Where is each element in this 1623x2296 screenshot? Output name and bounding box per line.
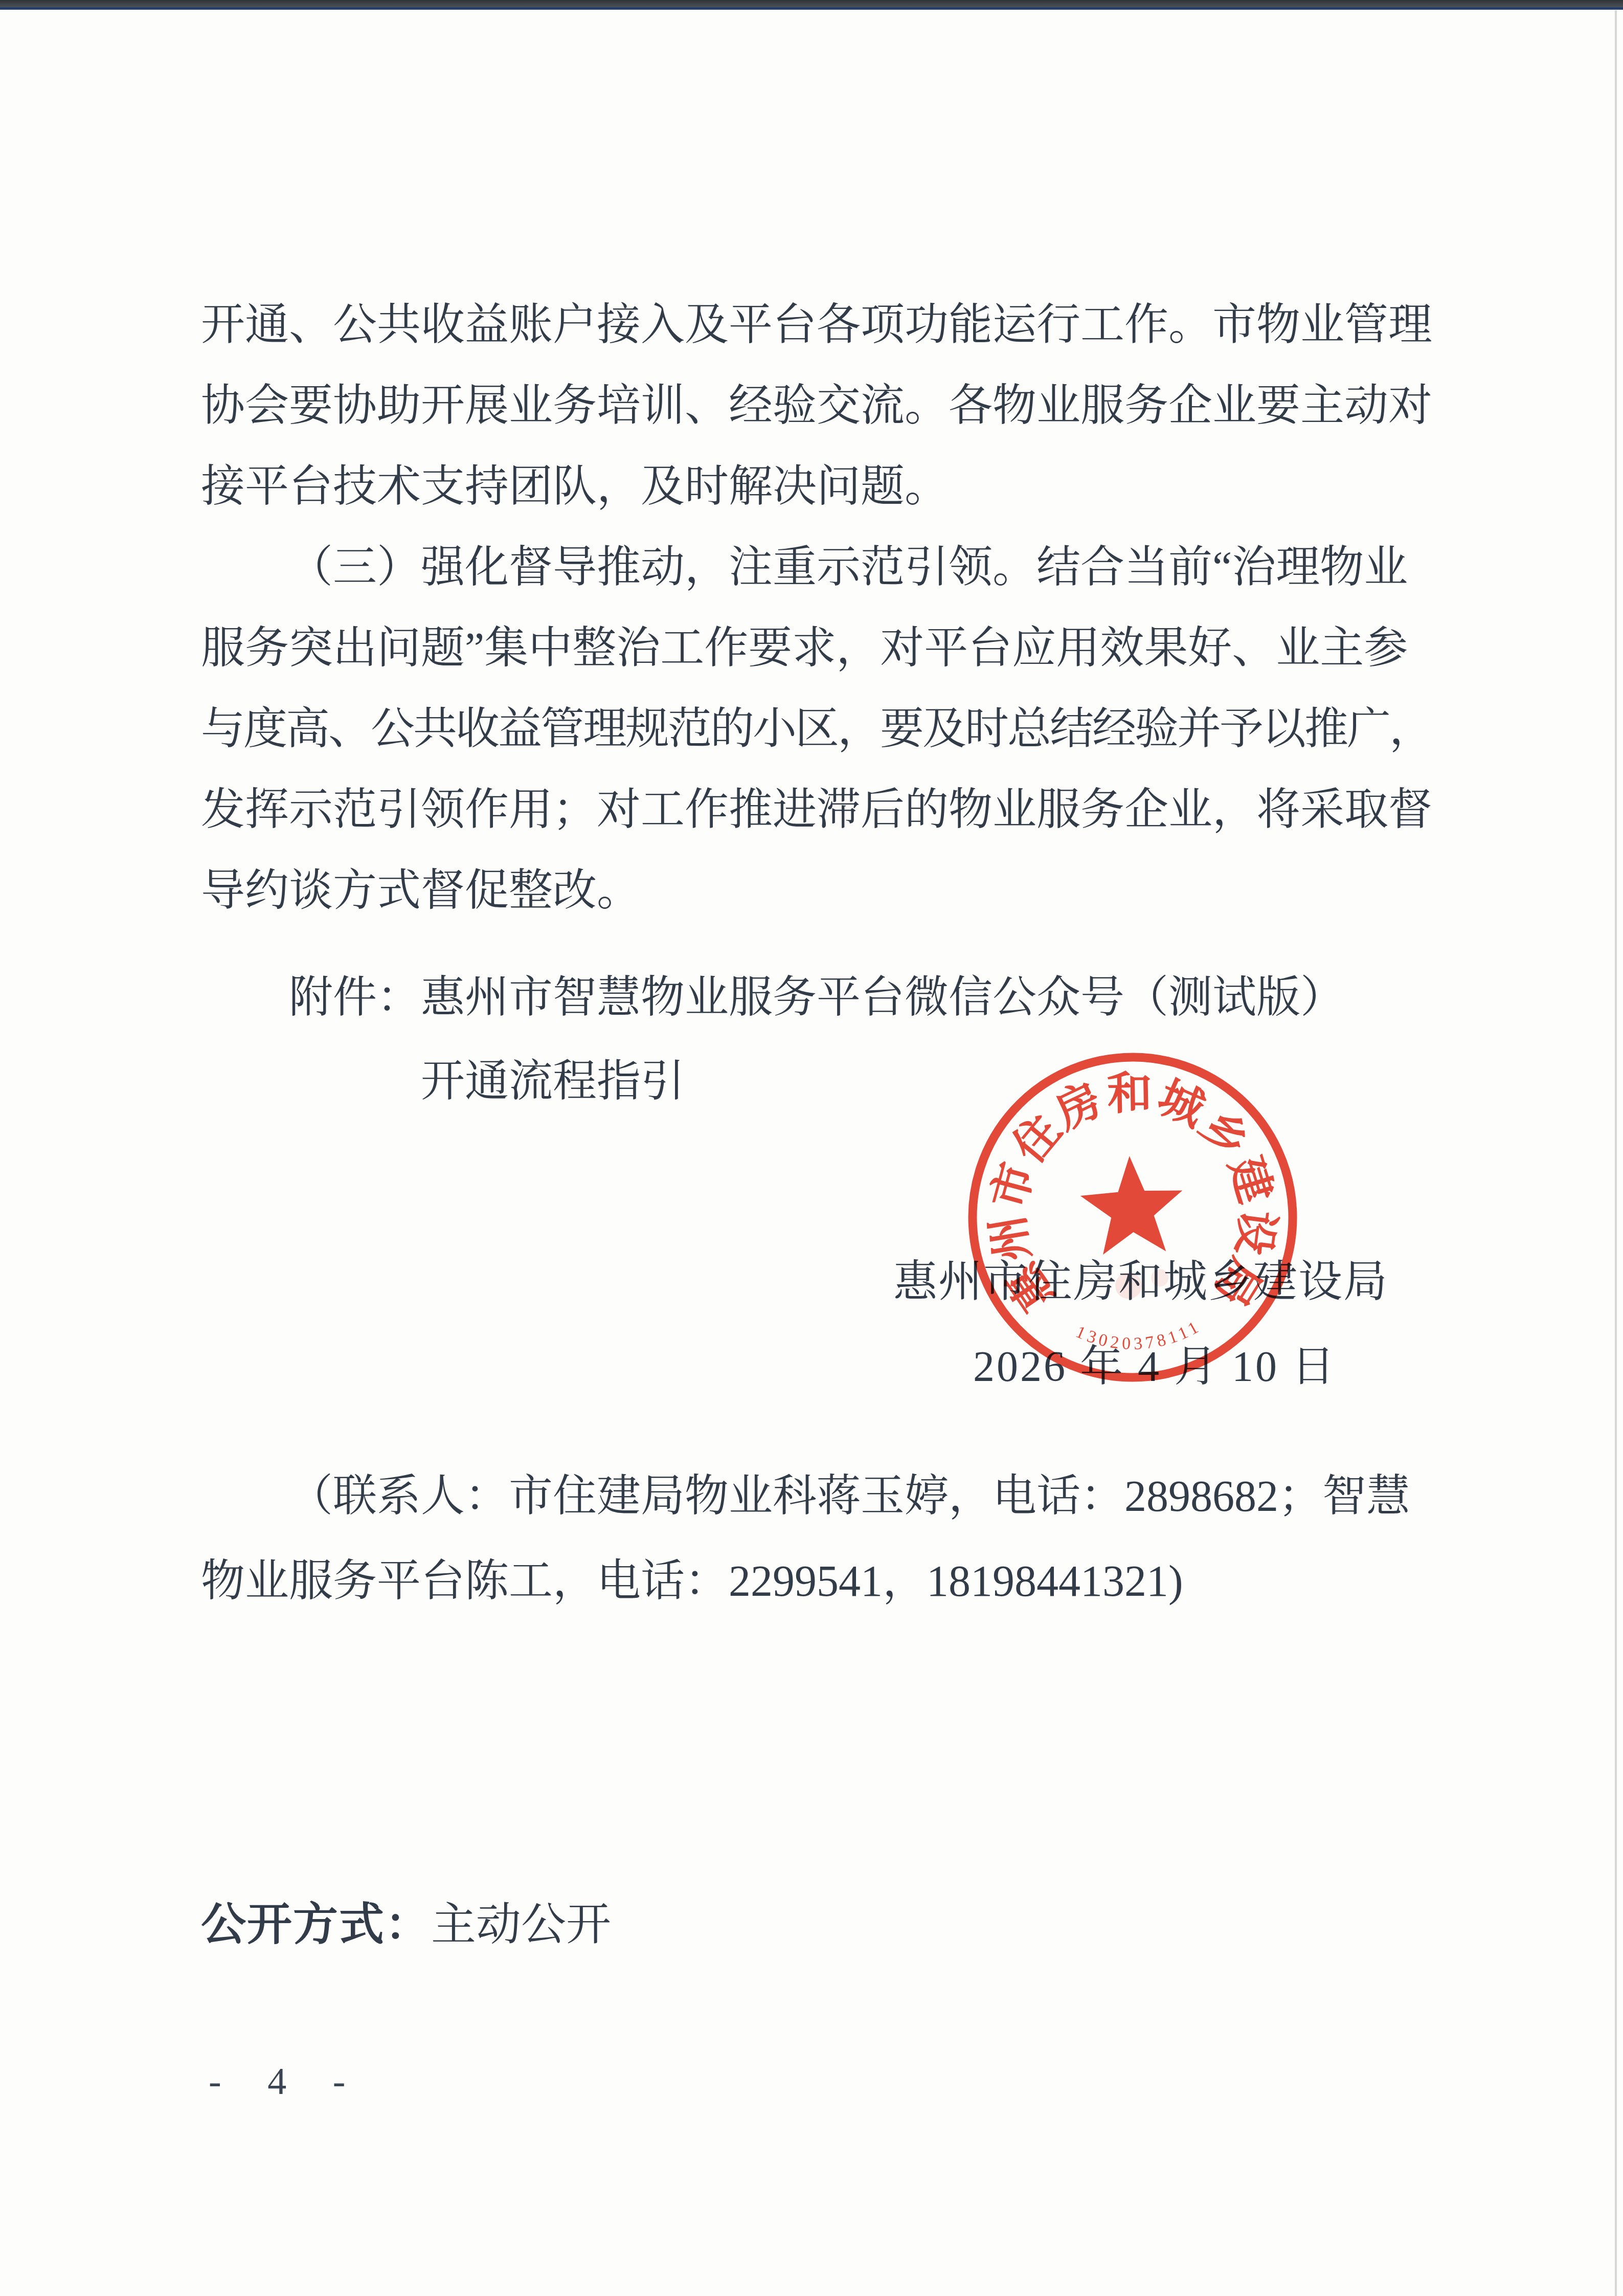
seal-ink-smudge: [1151, 1269, 1169, 1287]
body-line: 导约谈方式督促整改。: [201, 850, 1449, 931]
contact-line: （联系人：市住建局物业科蒋玉婷，电话：2898682；智慧: [201, 1454, 1410, 1539]
body-line: 开通、公共收益账户接入及平台各项功能运行工作。市物业管理: [201, 284, 1449, 365]
page-number: - 4 -: [209, 2060, 364, 2104]
disclosure-label: 公开方式：: [201, 1899, 431, 1949]
disclosure-value: 主动公开: [431, 1900, 611, 1950]
contact-info: （联系人：市住建局物业科蒋玉婷，电话：2898682；智慧 物业服务平台陈工，电…: [201, 1454, 1410, 1623]
seal-ink-smudge: [1115, 1272, 1143, 1300]
attachment-line: 附件：惠州市智慧物业服务平台微信公众号（测试版）: [201, 955, 1344, 1039]
body-line: 发挥示范引领作用；对工作推进滞后的物业服务企业，将采取督: [201, 769, 1449, 850]
seal-star: [1078, 1153, 1185, 1256]
body-line: 接平台技术支持团队，及时解决问题。: [201, 446, 1449, 527]
scanner-edge-artifact: [0, 0, 1623, 10]
document-page: 开通、公共收益账户接入及平台各项功能运行工作。市物业管理 协会要协助开展业务培训…: [0, 0, 1623, 2296]
disclosure-method: 公开方式：主动公开: [201, 1888, 611, 1953]
body-line: 与度高、公共收益管理规范的小区，要及时总结经验并予以推广，: [201, 688, 1449, 769]
contact-line: 物业服务平台陈工，电话：2299541，18198441321): [201, 1539, 1410, 1623]
official-seal: 惠州市住房和城乡建设局 13020378111: [947, 1032, 1318, 1402]
seal-code-text: 13020378111: [1072, 1316, 1206, 1357]
body-line: 服务突出问题”集中整治工作要求，对平台应用效果好、业主参: [201, 608, 1449, 688]
svg-text:13020378111: 13020378111: [1072, 1316, 1206, 1357]
body-line: （三）强化督导推动，注重示范引领。结合当前“治理物业: [201, 527, 1449, 608]
scanner-right-line-artifact: [1615, 10, 1617, 2296]
body-line: 协会要协助开展业务培训、经验交流。各物业服务企业要主动对: [201, 365, 1449, 446]
body-text: 开通、公共收益账户接入及平台各项功能运行工作。市物业管理 协会要协助开展业务培训…: [201, 284, 1449, 931]
